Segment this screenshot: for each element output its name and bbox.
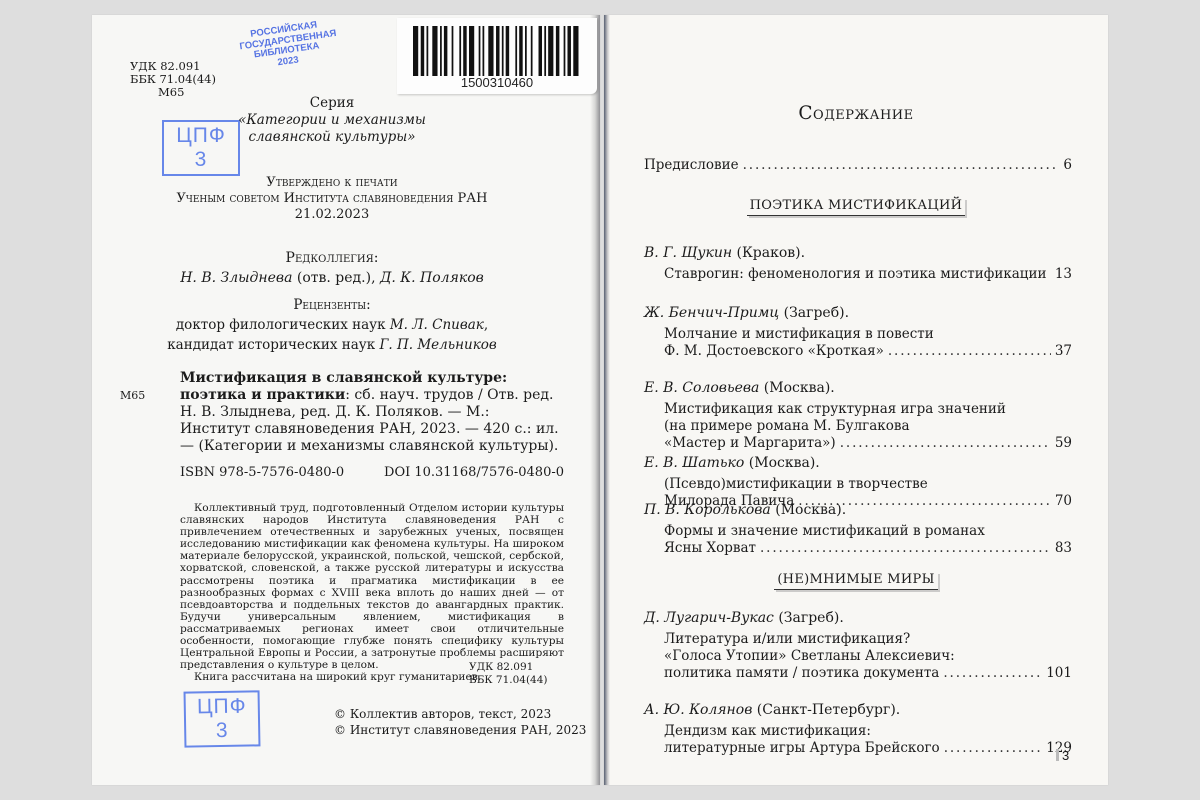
barcode-sticker: 1500310460: [397, 18, 597, 94]
toc-entry-title: «Голоса Утопии» Светланы Алексиевич:: [664, 648, 955, 665]
reviewer-name: Г. П. Мельников: [379, 337, 496, 353]
toc-entry-preface: Предисловие6: [644, 157, 1072, 174]
toc-author: А. Ю. Колянов (Санкт-Петербург).: [644, 702, 900, 719]
author-city: (Москва).: [744, 455, 819, 471]
toc-page-number: 83: [1055, 540, 1072, 557]
toc-entry-title: Ясны Хорват: [664, 540, 756, 557]
author-name: А. Ю. Колянов: [644, 702, 752, 718]
toc-entry-title: Ставрогин: феноменология и поэтика мисти…: [664, 266, 1046, 283]
toc-entry-title: «Мастер и Маргарита»): [664, 435, 836, 452]
toc-entry-title: Мистификация как структурная игра значен…: [664, 401, 1006, 418]
editor-name: Д. К. Поляков: [380, 270, 484, 286]
toc-entry-line: Дендизм как мистификация:: [664, 723, 1072, 740]
toc-entry-line: политика памяти / поэтика документа101: [664, 665, 1072, 682]
bib-author-mark: М65: [120, 389, 145, 402]
series-block: Серия «Категории и механизмы славянской …: [182, 95, 482, 146]
author-city: (Загреб).: [774, 610, 844, 626]
editorial-label: Редколлегия:: [122, 248, 542, 268]
author-name: П. В. Королькова: [644, 502, 771, 518]
toc-entry-title: (Псевдо)мистификации в творчестве: [664, 476, 928, 493]
annotation-text: Коллективный труд, подготовленный Отдело…: [180, 502, 564, 671]
toc-entry-line: литературные игры Артура Брейского129: [664, 740, 1072, 757]
toc-entry-line: (Псевдо)мистификации в творчестве: [664, 476, 1072, 493]
barcode-icon: [413, 26, 581, 76]
bibliographic-record: Мистификация в славянской культуре: поэт…: [180, 370, 564, 455]
toc-title: Содержание: [604, 103, 1108, 124]
editor-role: (отв. ред.),: [292, 270, 380, 286]
author-city: (Санкт-Петербург).: [752, 702, 900, 718]
toc-entry: Формы и значение мистификаций в романахЯ…: [664, 523, 1072, 557]
classification-codes: УДК 82.091 ББК 71.04(44) М65: [130, 60, 216, 99]
author-city: (Краков).: [732, 245, 805, 261]
section-heading-text: (НЕ)МНИМЫЕ МИРЫ: [774, 572, 937, 590]
toc-entry-title: Дендизм как мистификация:: [664, 723, 871, 740]
approval-line: Ученым советом Института славяноведения …: [152, 191, 512, 207]
approval-date: 21.02.2023: [152, 207, 512, 223]
leader-dots: [760, 540, 1051, 557]
toc-entry-title: Предисловие: [644, 157, 739, 174]
leader-dots: [888, 343, 1051, 360]
toc-page-number: 70: [1055, 493, 1072, 510]
identifiers: ISBN 978-5-7576-0480-0 DOI 10.31168/7576…: [180, 465, 564, 480]
author-name: Ж. Бенчич-Примц: [644, 305, 779, 321]
leader-dots: [943, 665, 1042, 682]
toc-author: Е. В. Шатько (Москва).: [644, 455, 820, 472]
section-heading: ПОЭТИКА МИСТИФИКАЦИЙ: [604, 198, 1108, 216]
toc-page-number: 6: [1063, 157, 1072, 174]
toc-entry-line: Формы и значение мистификаций в романах: [664, 523, 1072, 540]
copyright-line: © Институт славяноведения РАН, 2023: [334, 722, 586, 738]
left-page-imprint: УДК 82.091 ББК 71.04(44) М65 РОССИЙСКАЯ …: [92, 15, 600, 785]
toc-entry-title: литературные игры Артура Брейского: [664, 740, 940, 757]
toc-entry-line: «Голоса Утопии» Светланы Алексиевич:: [664, 648, 1072, 665]
author-name: В. Г. Щукин: [644, 245, 732, 261]
isbn: ISBN 978-5-7576-0480-0: [180, 465, 344, 480]
author-city: (Москва).: [771, 502, 846, 518]
toc-page-number: 59: [1055, 435, 1072, 452]
series-label: Серия: [182, 95, 482, 112]
toc-author: Е. В. Соловьева (Москва).: [644, 380, 835, 397]
book-spine-shadow: [604, 15, 610, 785]
page-number: 3: [1056, 748, 1069, 763]
section-heading: (НЕ)МНИМЫЕ МИРЫ: [604, 572, 1108, 590]
toc-entry-line: Ставрогин: феноменология и поэтика мисти…: [664, 266, 1072, 283]
right-page-contents: Содержание Предисловие6ПОЭТИКА МИСТИФИКА…: [604, 15, 1108, 785]
series-title: славянской культуры»: [182, 129, 482, 146]
leader-dots: [840, 435, 1051, 452]
toc-entry-title: (на примере романа М. Булгакова: [664, 418, 910, 435]
toc-author: В. Г. Щукин (Краков).: [644, 245, 805, 262]
approval-block: Утверждено к печати Ученым советом Инсти…: [152, 175, 512, 223]
reviewer-name: М. Л. Спивак: [390, 317, 484, 333]
copyright-block: © Коллектив авторов, текст, 2023 © Инсти…: [334, 706, 586, 738]
toc-entry-title: Формы и значение мистификаций в романах: [664, 523, 985, 540]
reviewers-label: Рецензенты:: [122, 295, 542, 315]
toc-page-number: 13: [1055, 266, 1072, 283]
toc-entry: Литература и/или мистификация?«Голоса Ут…: [664, 631, 1072, 682]
author-name: Е. В. Соловьева: [644, 380, 759, 396]
leader-dots: [743, 157, 1060, 174]
toc-entry-line: Молчание и мистификация в повести: [664, 326, 1072, 343]
toc-entry: Молчание и мистификация в повестиФ. М. Д…: [664, 326, 1072, 360]
editor-name: Н. В. Злыднева: [180, 270, 292, 286]
toc-page-number: 101: [1046, 665, 1072, 682]
toc-entry-title: Молчание и мистификация в повести: [664, 326, 934, 343]
doi: DOI 10.31168/7576-0480-0: [384, 465, 564, 480]
series-title: «Категории и механизмы: [182, 112, 482, 129]
toc-entry-line: (на примере романа М. Булгакова: [664, 418, 1072, 435]
toc-entry-title: Литература и/или мистификация?: [664, 631, 910, 648]
approval-line: Утверждено к печати: [152, 175, 512, 191]
toc-entry: Ставрогин: феноменология и поэтика мисти…: [664, 266, 1072, 283]
toc-author: Д. Лугарич-Вукас (Загреб).: [644, 610, 844, 627]
toc-entry-title: политика памяти / поэтика документа: [664, 665, 939, 682]
reviewers-block: Рецензенты: доктор филологических наук М…: [122, 295, 542, 355]
classification-codes-bottom: УДК 82.091 ББК 71.04(44): [469, 661, 548, 687]
leader-dots: [944, 740, 1043, 757]
section-heading-text: ПОЭТИКА МИСТИФИКАЦИЙ: [747, 198, 966, 216]
toc-entry: Мистификация как структурная игра значен…: [664, 401, 1072, 452]
barcode-number: 1500310460: [397, 75, 597, 90]
separator: ,: [484, 317, 488, 333]
toc-entry: Дендизм как мистификация:литературные иг…: [664, 723, 1072, 757]
library-stamp: РОССИЙСКАЯ ГОСУДАРСТВЕННАЯ БИБЛИОТЕКА 20…: [238, 19, 335, 73]
editorial-board: Редколлегия: Н. В. Злыднева (отв. ред.),…: [122, 248, 542, 288]
bbk-code: ББК 71.04(44): [469, 674, 548, 687]
book-spine-shadow: [590, 15, 600, 785]
toc-author: П. В. Королькова (Москва).: [644, 502, 846, 519]
toc-page-number: 37: [1055, 343, 1072, 360]
author-city: (Москва).: [759, 380, 834, 396]
author-name: Д. Лугарич-Вукас: [644, 610, 774, 626]
annotation: Коллективный труд, подготовленный Отдело…: [180, 502, 564, 683]
reviewer-title: доктор филологических наук: [176, 317, 390, 333]
toc-entry-line: «Мастер и Маргарита»)59: [664, 435, 1072, 452]
author-name: Е. В. Шатько: [644, 455, 744, 471]
toc-entry-line: Ф. М. Достоевского «Кроткая»37: [664, 343, 1072, 360]
cpf-stamp: ЦПФ 3: [184, 690, 261, 747]
reviewer-title: кандидат исторических наук: [167, 337, 379, 353]
toc-entry-title: Ф. М. Достоевского «Кроткая»: [664, 343, 884, 360]
copyright-line: © Коллектив авторов, текст, 2023: [334, 706, 586, 722]
udk-code: УДК 82.091: [469, 661, 548, 674]
toc-author: Ж. Бенчич-Примц (Загреб).: [644, 305, 849, 322]
toc-entry-line: Мистификация как структурная игра значен…: [664, 401, 1072, 418]
toc-entry-line: Ясны Хорват83: [664, 540, 1072, 557]
toc-entry-line: Литература и/или мистификация?: [664, 631, 1072, 648]
author-city: (Загреб).: [779, 305, 849, 321]
page-number-value: 3: [1062, 748, 1069, 763]
